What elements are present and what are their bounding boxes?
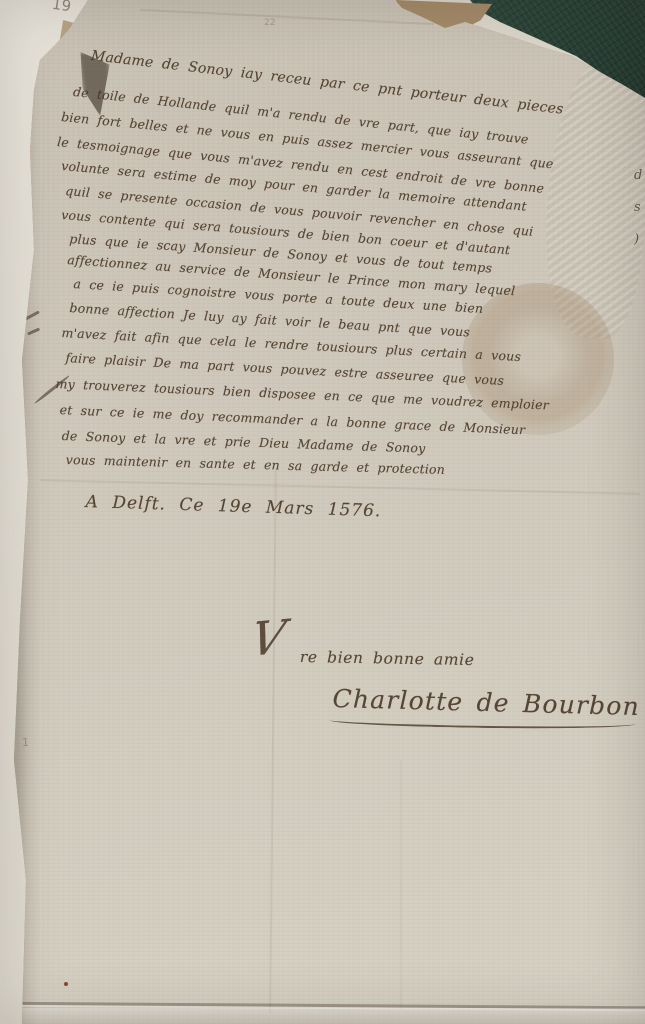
letter-line: vous maintenir en sante et en sa garde e…: [66, 452, 446, 477]
closing-flourish-initial: V: [247, 609, 289, 667]
fold-line-vertical: [269, 468, 277, 1013]
dateline: A Delft. Ce 19e Mars 1576.: [85, 492, 381, 521]
ink-speck: [64, 982, 68, 986]
edge-text-fragment: s: [634, 200, 641, 215]
closing-line: re bien bonne amie: [300, 648, 475, 669]
edge-text-fragment: d: [634, 168, 642, 183]
gutter-shadow: [14, 0, 40, 1024]
photo-of-letter: nen 19 22 1 Madame de Sonoy iay receu pa…: [0, 0, 645, 1024]
edge-text-fragment: ): [634, 232, 639, 247]
pencil-margin-number: 1: [22, 736, 29, 749]
fold-line-vertical: [400, 760, 402, 1010]
letter-line: de Sonoy et la vre et prie Dieu Madame d…: [61, 428, 425, 456]
crease-line: [140, 9, 434, 25]
pencil-note: 22: [264, 18, 275, 28]
bottom-fold-strip: [0, 1008, 645, 1024]
letter-page: 22 1 Madame de Sonoy iay receu par ce pn…: [0, 0, 645, 1024]
pencil-folio-number: 19: [51, 0, 72, 15]
